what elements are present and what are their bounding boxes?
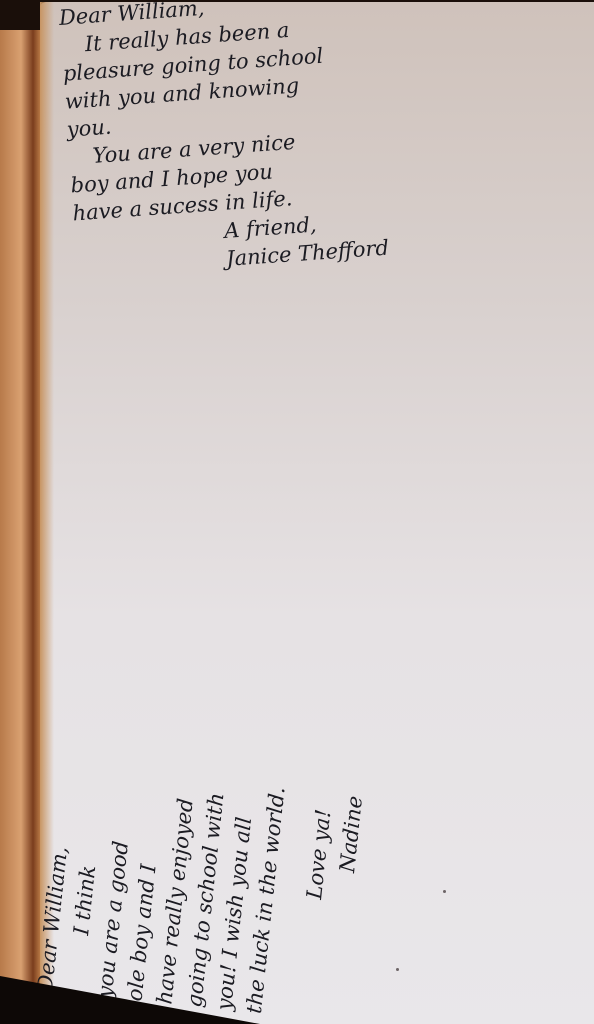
paper-speck	[443, 890, 446, 893]
handwritten-note-top: Dear William, It really has been a pleas…	[58, 0, 437, 283]
paper-speck	[396, 968, 399, 971]
handwritten-note-bottom: Dear William, I think you are a good ole…	[30, 602, 387, 1023]
